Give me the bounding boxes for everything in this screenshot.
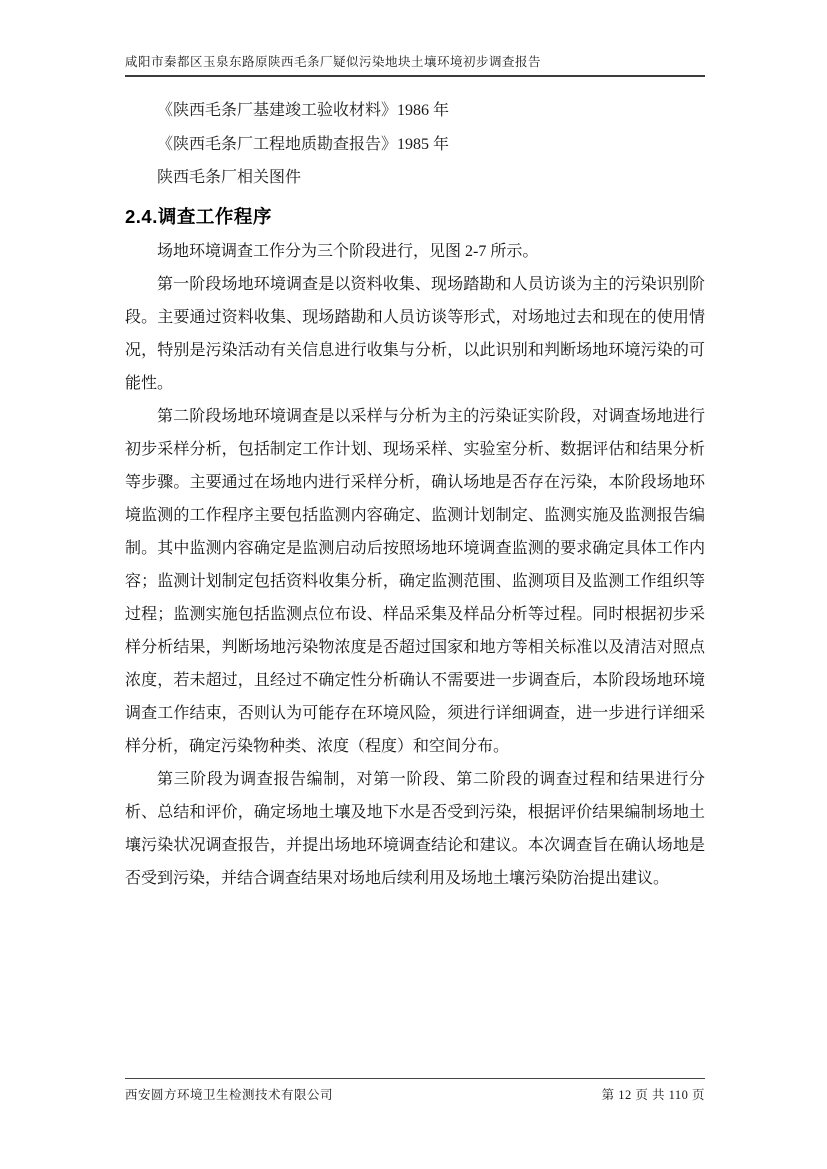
body-paragraph: 第一阶段场地环境调查是以资料收集、现场踏勘和人员访谈为主的污染识别阶段。主要通过… [125, 268, 705, 400]
header-divider [125, 75, 705, 77]
body-paragraph: 第三阶段为调查报告编制，对第一阶段、第二阶段的调查过程和结果进行分析、总结和评价… [125, 763, 705, 895]
page-header: 咸阳市秦都区玉泉东路原陕西毛条厂疑似污染地块土壤环境初步调查报告 [125, 52, 705, 77]
section-heading: 2.4.调查工作程序 [125, 203, 705, 229]
page-content: 《陕西毛条厂基建竣工验收材料》1986 年 《陕西毛条厂工程地质勘查报告》198… [125, 94, 705, 895]
footer-page-number: 第 12 页 共 110 页 [602, 1085, 705, 1103]
reference-item: 《陕西毛条厂工程地质勘查报告》1985 年 [125, 128, 705, 162]
reference-item: 陕西毛条厂相关图件 [125, 161, 705, 195]
footer-company: 西安圆方环境卫生检测技术有限公司 [125, 1085, 333, 1103]
body-paragraph: 场地环境调查工作分为三个阶段进行，见图 2-7 所示。 [125, 235, 705, 268]
footer-divider [125, 1078, 705, 1079]
footer-row: 西安圆方环境卫生检测技术有限公司 第 12 页 共 110 页 [125, 1085, 705, 1103]
body-paragraph: 第二阶段场地环境调查是以采样与分析为主的污染证实阶段，对调查场地进行初步采样分析… [125, 400, 705, 763]
header-title: 咸阳市秦都区玉泉东路原陕西毛条厂疑似污染地块土壤环境初步调查报告 [125, 52, 705, 75]
reference-item: 《陕西毛条厂基建竣工验收材料》1986 年 [125, 94, 705, 128]
page-footer: 西安圆方环境卫生检测技术有限公司 第 12 页 共 110 页 [125, 1078, 705, 1103]
document-page: 咸阳市秦都区玉泉东路原陕西毛条厂疑似污染地块土壤环境初步调查报告 《陕西毛条厂基… [0, 0, 827, 1169]
